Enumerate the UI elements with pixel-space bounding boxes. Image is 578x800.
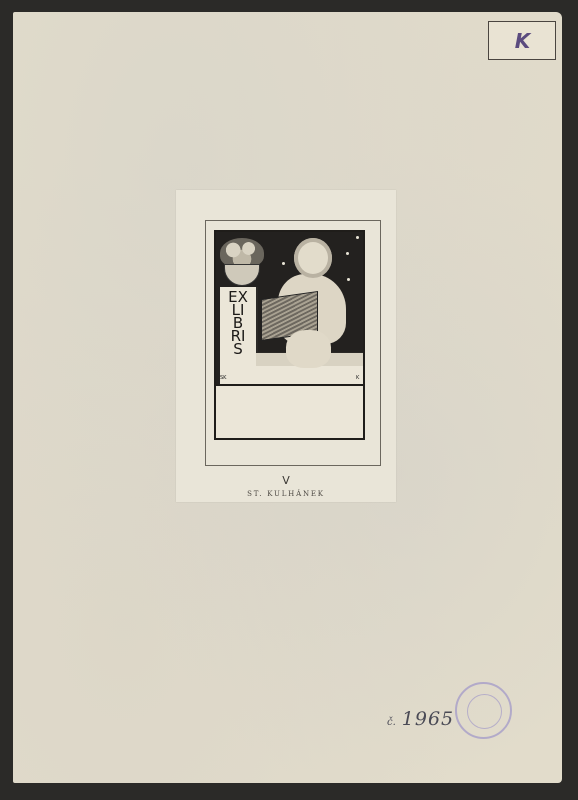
monogram-left: SK bbox=[220, 375, 226, 381]
collection-mark: K bbox=[515, 29, 530, 53]
plate-mark: EXLIBRIS SK K bbox=[205, 220, 381, 466]
pillar: EXLIBRIS bbox=[220, 287, 258, 384]
bookplate-image: EXLIBRIS SK K bbox=[214, 230, 365, 440]
bookplate-card: EXLIBRIS SK K V ST. KULHÁNEK bbox=[176, 190, 396, 502]
cherub-leg bbox=[286, 330, 331, 368]
exlibris-text: EXLIBRIS bbox=[228, 291, 248, 356]
artist-name: ST. KULHÁNEK bbox=[176, 490, 396, 498]
paper-sheet: K EXLIBRIS bbox=[13, 12, 562, 783]
collection-label: K bbox=[488, 21, 556, 60]
cherub-head bbox=[294, 238, 332, 278]
monogram-right: K bbox=[356, 375, 359, 381]
seal-stamp-icon bbox=[455, 682, 512, 739]
star-icon bbox=[356, 236, 359, 239]
plate-number: V bbox=[176, 474, 396, 487]
star-icon bbox=[282, 262, 285, 265]
star-icon bbox=[346, 252, 349, 255]
inventory-number: č.1965 bbox=[387, 708, 454, 730]
star-icon bbox=[347, 278, 350, 281]
inventory-prefix: č. bbox=[387, 717, 396, 728]
inventory-year: 1965 bbox=[402, 708, 454, 730]
divider-line bbox=[216, 384, 363, 386]
